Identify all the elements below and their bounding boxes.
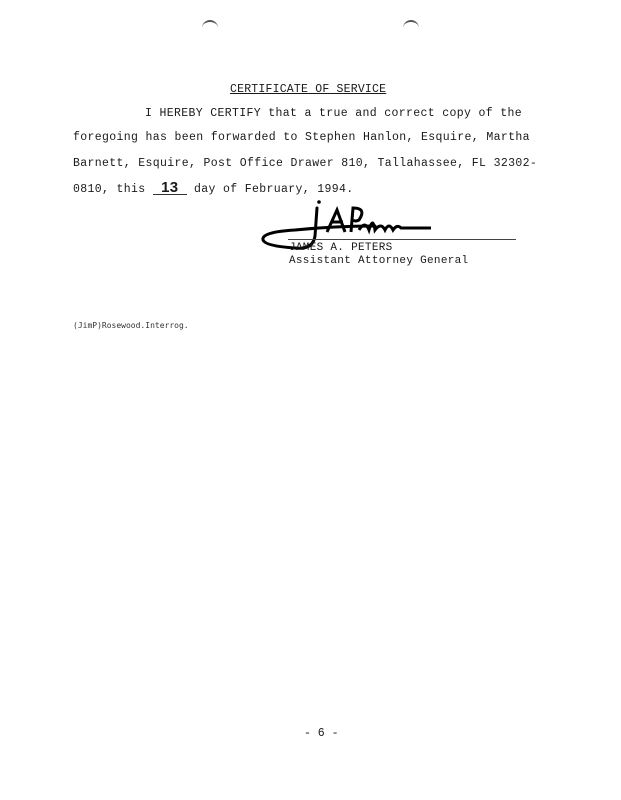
body-line-4-post: day of February, 1994. <box>187 183 354 196</box>
signer-title: Assistant Attorney General <box>289 255 468 267</box>
page-number: - 6 - <box>304 727 339 740</box>
body-line-4: 0810, this 13 day of February, 1994. <box>73 182 354 196</box>
punch-hole-left <box>202 20 218 36</box>
signature-line <box>288 239 516 240</box>
punch-hole-right <box>403 20 419 36</box>
body-line-1: I HEREBY CERTIFY that a true and correct… <box>145 107 522 120</box>
body-line-2: foregoing has been forwarded to Stephen … <box>73 131 530 144</box>
certificate-title: CERTIFICATE OF SERVICE <box>230 83 386 96</box>
file-reference: (JimP)Rosewood.Interrog. <box>73 321 189 330</box>
body-line-4-pre: 0810, this <box>73 183 153 196</box>
body-line-3: Barnett, Esquire, Post Office Drawer 810… <box>73 157 537 170</box>
handwritten-day: 13 <box>153 182 187 195</box>
signer-name: JAMES A. PETERS <box>289 242 393 254</box>
